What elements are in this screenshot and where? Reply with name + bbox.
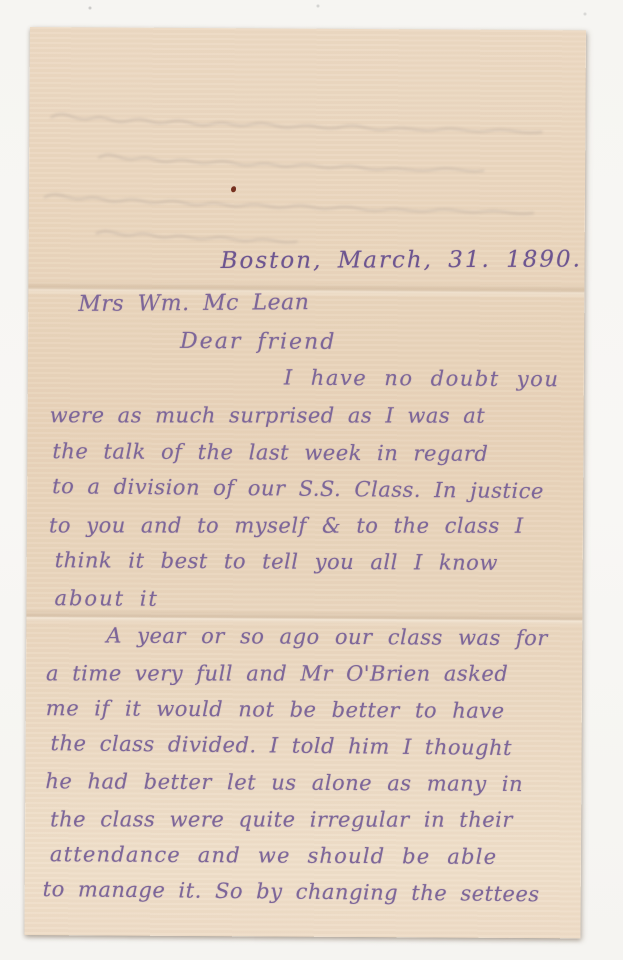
letter-line: the class divided. I told him I thought bbox=[51, 731, 513, 760]
letter-line: were as much surprised as I was at bbox=[50, 403, 486, 427]
letter-line: to you and to myself & to the class I bbox=[49, 513, 524, 537]
letter-line: to manage it. So by changing the settees bbox=[43, 877, 540, 906]
letter-paper: Boston, March, 31. 1890. Mrs Wm. Mc Lean… bbox=[24, 27, 586, 938]
letter-line: I have no doubt you bbox=[284, 366, 560, 392]
bleed-through-writing bbox=[37, 97, 586, 250]
letter-line: the talk of the last week in regard bbox=[52, 439, 488, 466]
dateline: Boston, March, 31. 1890. bbox=[221, 246, 583, 274]
letter-line: a time very full and Mr O'Brien asked bbox=[46, 661, 508, 685]
letter-line: about it bbox=[54, 586, 159, 611]
bleed-line bbox=[51, 114, 541, 133]
letter-line: attendance and we should be able bbox=[50, 842, 497, 869]
letter-line: the class were quite irregular in their bbox=[50, 807, 513, 831]
bleed-line bbox=[99, 155, 483, 172]
bleed-line bbox=[45, 194, 533, 213]
scanned-letter-background: Boston, March, 31. 1890. Mrs Wm. Mc Lean… bbox=[0, 0, 623, 960]
letter-line: A year or so ago our class was for bbox=[106, 623, 548, 650]
salutation-line: Dear friend bbox=[180, 329, 336, 355]
bleed-line bbox=[97, 231, 297, 242]
letter-line: he had better let us alone as many in bbox=[45, 769, 523, 796]
letter-line: think it best to tell you all I know bbox=[55, 548, 498, 575]
recipient-line: Mrs Wm. Mc Lean bbox=[78, 290, 309, 317]
letter-line: to a division of our S.S. Class. In just… bbox=[52, 474, 544, 503]
letter-line: me if it would not be better to have bbox=[46, 696, 505, 723]
